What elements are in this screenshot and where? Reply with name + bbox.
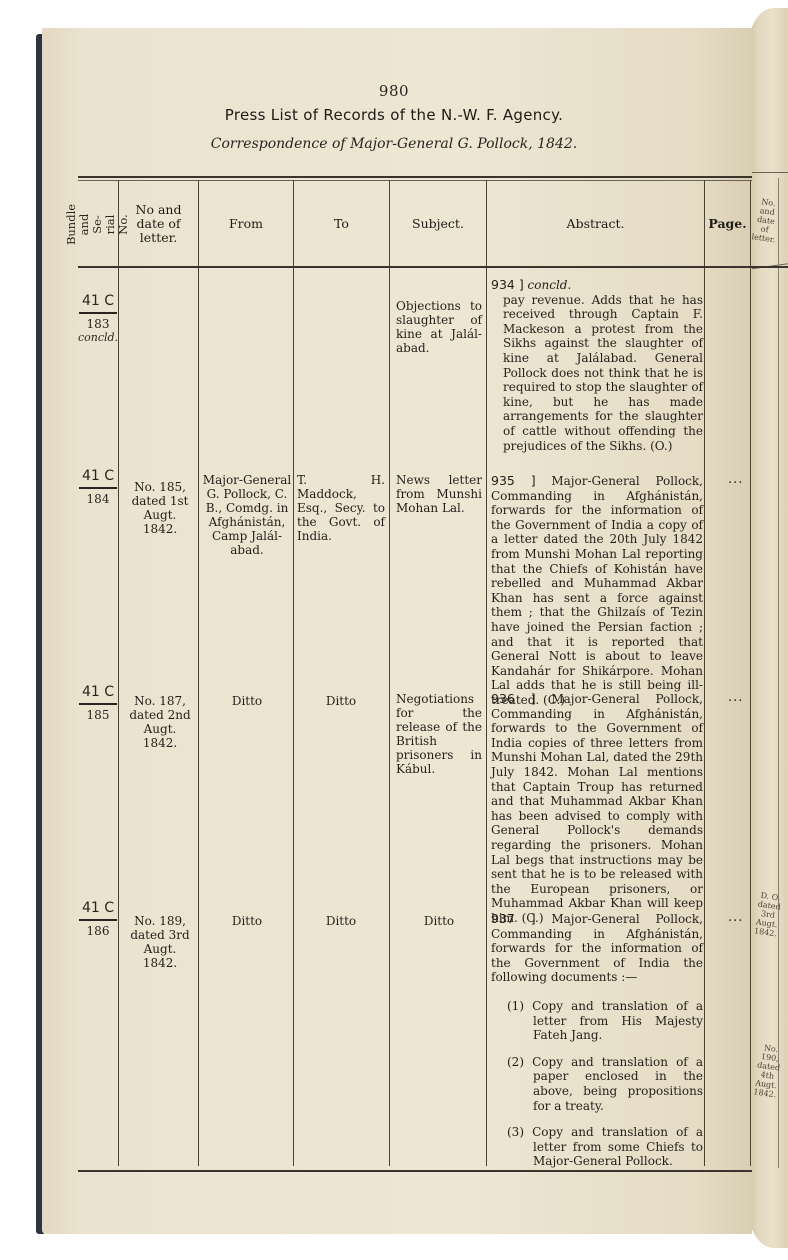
from-cell: Major-General G. Pollock, C. B., Comdg. …	[202, 473, 292, 557]
column-divider	[704, 180, 705, 1166]
serial-number: 184	[78, 489, 118, 506]
page-number: 980	[0, 82, 788, 100]
abstract-cell: 935 ] Major-General Pollock, Commanding …	[491, 474, 703, 708]
abstract-number: 937 ]	[491, 911, 536, 926]
header-abstract: Abstract.	[487, 182, 704, 266]
next-page-edge: No. and date of letter. D. O. dated 3rd …	[748, 8, 788, 1248]
header-page: Page.	[705, 182, 750, 266]
page-cell: ...	[728, 910, 743, 925]
serial-number: 183	[78, 314, 118, 331]
column-divider	[118, 180, 119, 1166]
bundle-code: 41 C	[78, 293, 118, 312]
page-cell: ...	[728, 690, 743, 705]
no-date-cell: No. 189, dated 3rd Augt. 1842.	[126, 914, 194, 970]
abstract-text: Major-General Pollock, Commanding in Afg…	[491, 474, 703, 707]
next-page-rule	[748, 172, 788, 173]
table-top-rule-thin	[78, 180, 752, 181]
header-no-date-label: No and date of letter.	[130, 203, 188, 245]
bundle-serial-184: 41 C 184	[78, 468, 118, 506]
bundle-serial-185: 41 C 185	[78, 684, 118, 722]
abstract-number: 934 ]	[491, 277, 524, 292]
header-bundle-serial: Bundle and Se- rial No.	[78, 182, 118, 266]
abstract-text: Major-General Pollock, Commanding in Afg…	[491, 692, 703, 925]
column-divider	[198, 180, 199, 1166]
abstract-note: concld.	[528, 278, 572, 292]
subject-cell: News letter from Munshi Mohan Lal.	[396, 473, 482, 515]
no-date-cell: No. 187, dated 2nd Augt. 1842.	[126, 694, 194, 750]
header-rule	[119, 266, 788, 268]
column-divider	[389, 180, 390, 1166]
bundle-code: 41 C	[78, 468, 118, 487]
document-title: Press List of Records of the N.-W. F. Ag…	[0, 106, 788, 124]
serial-number: 185	[78, 705, 118, 722]
serial-number: 186	[78, 921, 118, 938]
to-cell: Ditto	[297, 694, 385, 708]
table-top-rule	[78, 176, 752, 178]
bundle-code: 41 C	[78, 684, 118, 703]
column-divider	[486, 180, 487, 1166]
header-to: To	[294, 182, 389, 266]
from-cell: Ditto	[202, 914, 292, 928]
column-divider	[293, 180, 294, 1166]
page-cell: ...	[728, 472, 743, 487]
column-divider	[750, 180, 751, 1166]
abstract-cell: 937 ] Major-General Pollock, Commanding …	[491, 912, 703, 1169]
bundle-serial-183: 41 C 183 concld.	[78, 293, 118, 344]
bundle-serial-186: 41 C 186	[78, 900, 118, 938]
header-no-date: No and date of letter.	[119, 182, 198, 266]
abstract-number: 935 ]	[491, 473, 536, 488]
header-subject: Subject.	[390, 182, 486, 266]
abstract-number: 936 ]	[491, 691, 536, 706]
from-cell: Ditto	[202, 694, 292, 708]
header-rule	[78, 266, 118, 268]
to-cell: Ditto	[297, 914, 385, 928]
next-page-entry: No. 190, dated 4th Augt. 1842.	[748, 1042, 787, 1100]
abstract-cell: 934 ] concld. pay revenue. Adds that he …	[491, 278, 703, 453]
abstract-list-item: (3) Copy and translation of a letter fro…	[491, 1125, 703, 1169]
abstract-list-item: (1) Copy and translation of a letter fro…	[491, 999, 703, 1043]
abstract-heading: 934 ] concld.	[491, 278, 703, 293]
next-page-column-line	[778, 178, 779, 1168]
to-cell: T. H. Maddock, Esq., Secy. to the Govt. …	[297, 473, 385, 543]
document-subtitle: Correspondence of Major-General G. Pollo…	[0, 136, 788, 152]
table-bottom-rule	[78, 1170, 752, 1172]
bundle-code: 41 C	[78, 900, 118, 919]
no-date-cell: No. 185, dated 1st Augt. 1842.	[126, 480, 194, 536]
serial-note: concld.	[78, 331, 118, 344]
abstract-list-item: (2) Copy and translation of a paper encl…	[491, 1055, 703, 1113]
subject-cell: Objections to slaughter of kine at Jalál…	[396, 299, 482, 355]
records-table: Bundle and Se- rial No. No and date of l…	[78, 166, 752, 1174]
subject-cell: Negotiations for the release of the Brit…	[396, 692, 482, 776]
next-page-entry: D. O. dated 3rd Augt. 1842.	[749, 890, 787, 939]
subject-cell: Ditto	[394, 914, 484, 928]
abstract-cell: 936 ] Major-General Pollock, Commanding …	[491, 692, 703, 926]
abstract-text: pay revenue. Adds that he has received t…	[491, 293, 703, 454]
header-from: From	[199, 182, 293, 266]
